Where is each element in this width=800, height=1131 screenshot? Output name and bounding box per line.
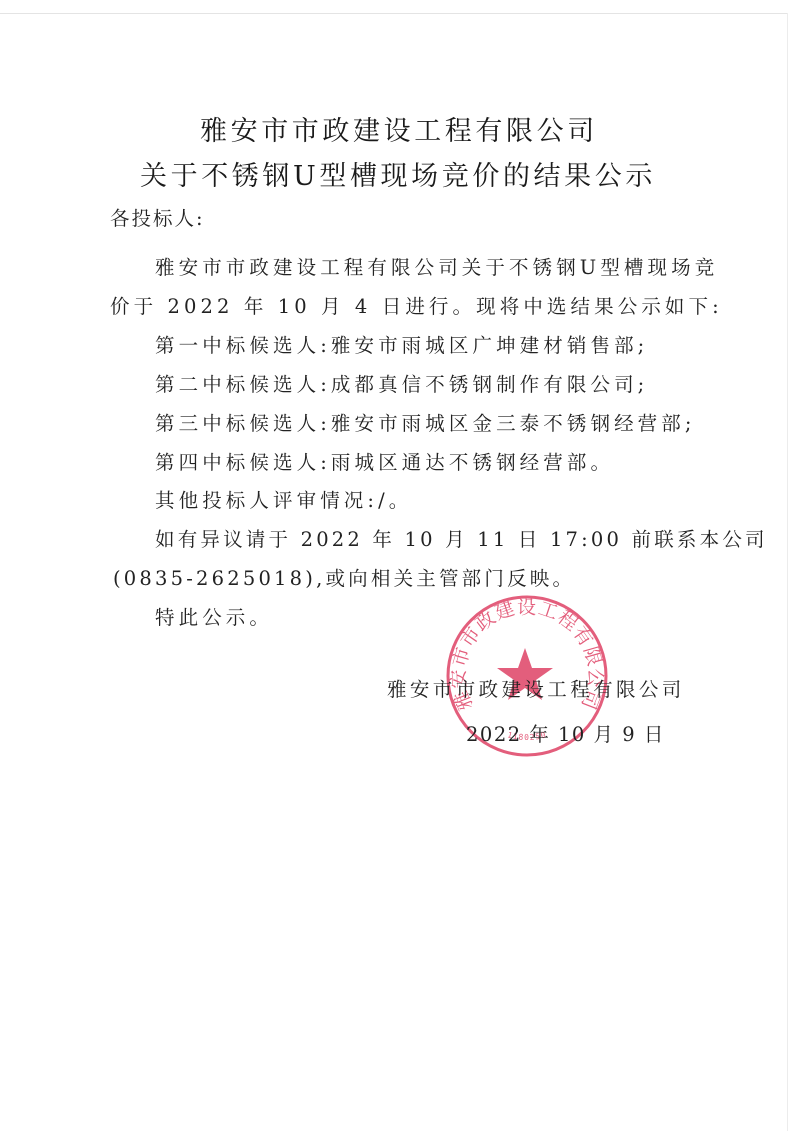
- candidate-name: 成都真信不锈钢制作有限公司;: [331, 373, 648, 396]
- scan-edge-right: [787, 13, 788, 1131]
- other-bidders-note: 其他投标人评审情况:/。: [155, 491, 412, 511]
- document-title-subject: 关于不锈钢U型槽现场竞价的结果公示: [140, 163, 656, 190]
- candidate-rank-label: 第二中标候选人:: [155, 373, 331, 396]
- scan-edge-top: [0, 13, 787, 14]
- document-title-company: 雅安市市政建设工程有限公司: [200, 118, 598, 145]
- candidate-name: 雅安市雨城区金三泰不锈钢经营部;: [331, 412, 696, 435]
- candidate-name: 雅安市雨城区广坤建材销售部;: [331, 334, 648, 357]
- candidate-rank-label: 第三中标候选人:: [155, 412, 331, 435]
- candidate-rank-label: 第一中标候选人:: [155, 334, 331, 357]
- closing-statement: 特此公示。: [155, 608, 273, 628]
- candidate-rank-label: 第四中标候选人:: [155, 451, 331, 474]
- objection-line-1: 如有异议请于 2022 年 10 月 11 日 17:00 前联系本公司: [155, 530, 768, 550]
- candidate-1: 第一中标候选人:雅安市雨城区广坤建材销售部;: [155, 336, 648, 356]
- salutation: 各投标人:: [110, 209, 205, 229]
- candidate-3: 第三中标候选人:雅安市雨城区金三泰不锈钢经营部;: [155, 414, 696, 434]
- candidate-name: 雨城区通达不锈钢经营部。: [331, 451, 614, 474]
- candidate-2: 第二中标候选人:成都真信不锈钢制作有限公司;: [155, 375, 648, 395]
- signature-company: 雅安市市政建设工程有限公司: [387, 680, 685, 700]
- intro-line-1: 雅安市市政建设工程有限公司关于不锈钢U型槽现场竞: [155, 258, 718, 278]
- candidate-4: 第四中标候选人:雨城区通达不锈钢经营部。: [155, 453, 614, 473]
- objection-line-2: (0835-2625018),或向相关主管部门反映。: [113, 569, 575, 589]
- intro-line-2: 价于 2022 年 10 月 4 日进行。现将中选结果公示如下:: [110, 297, 723, 317]
- signature-date: 2022 年 10 月 9 日: [466, 725, 665, 745]
